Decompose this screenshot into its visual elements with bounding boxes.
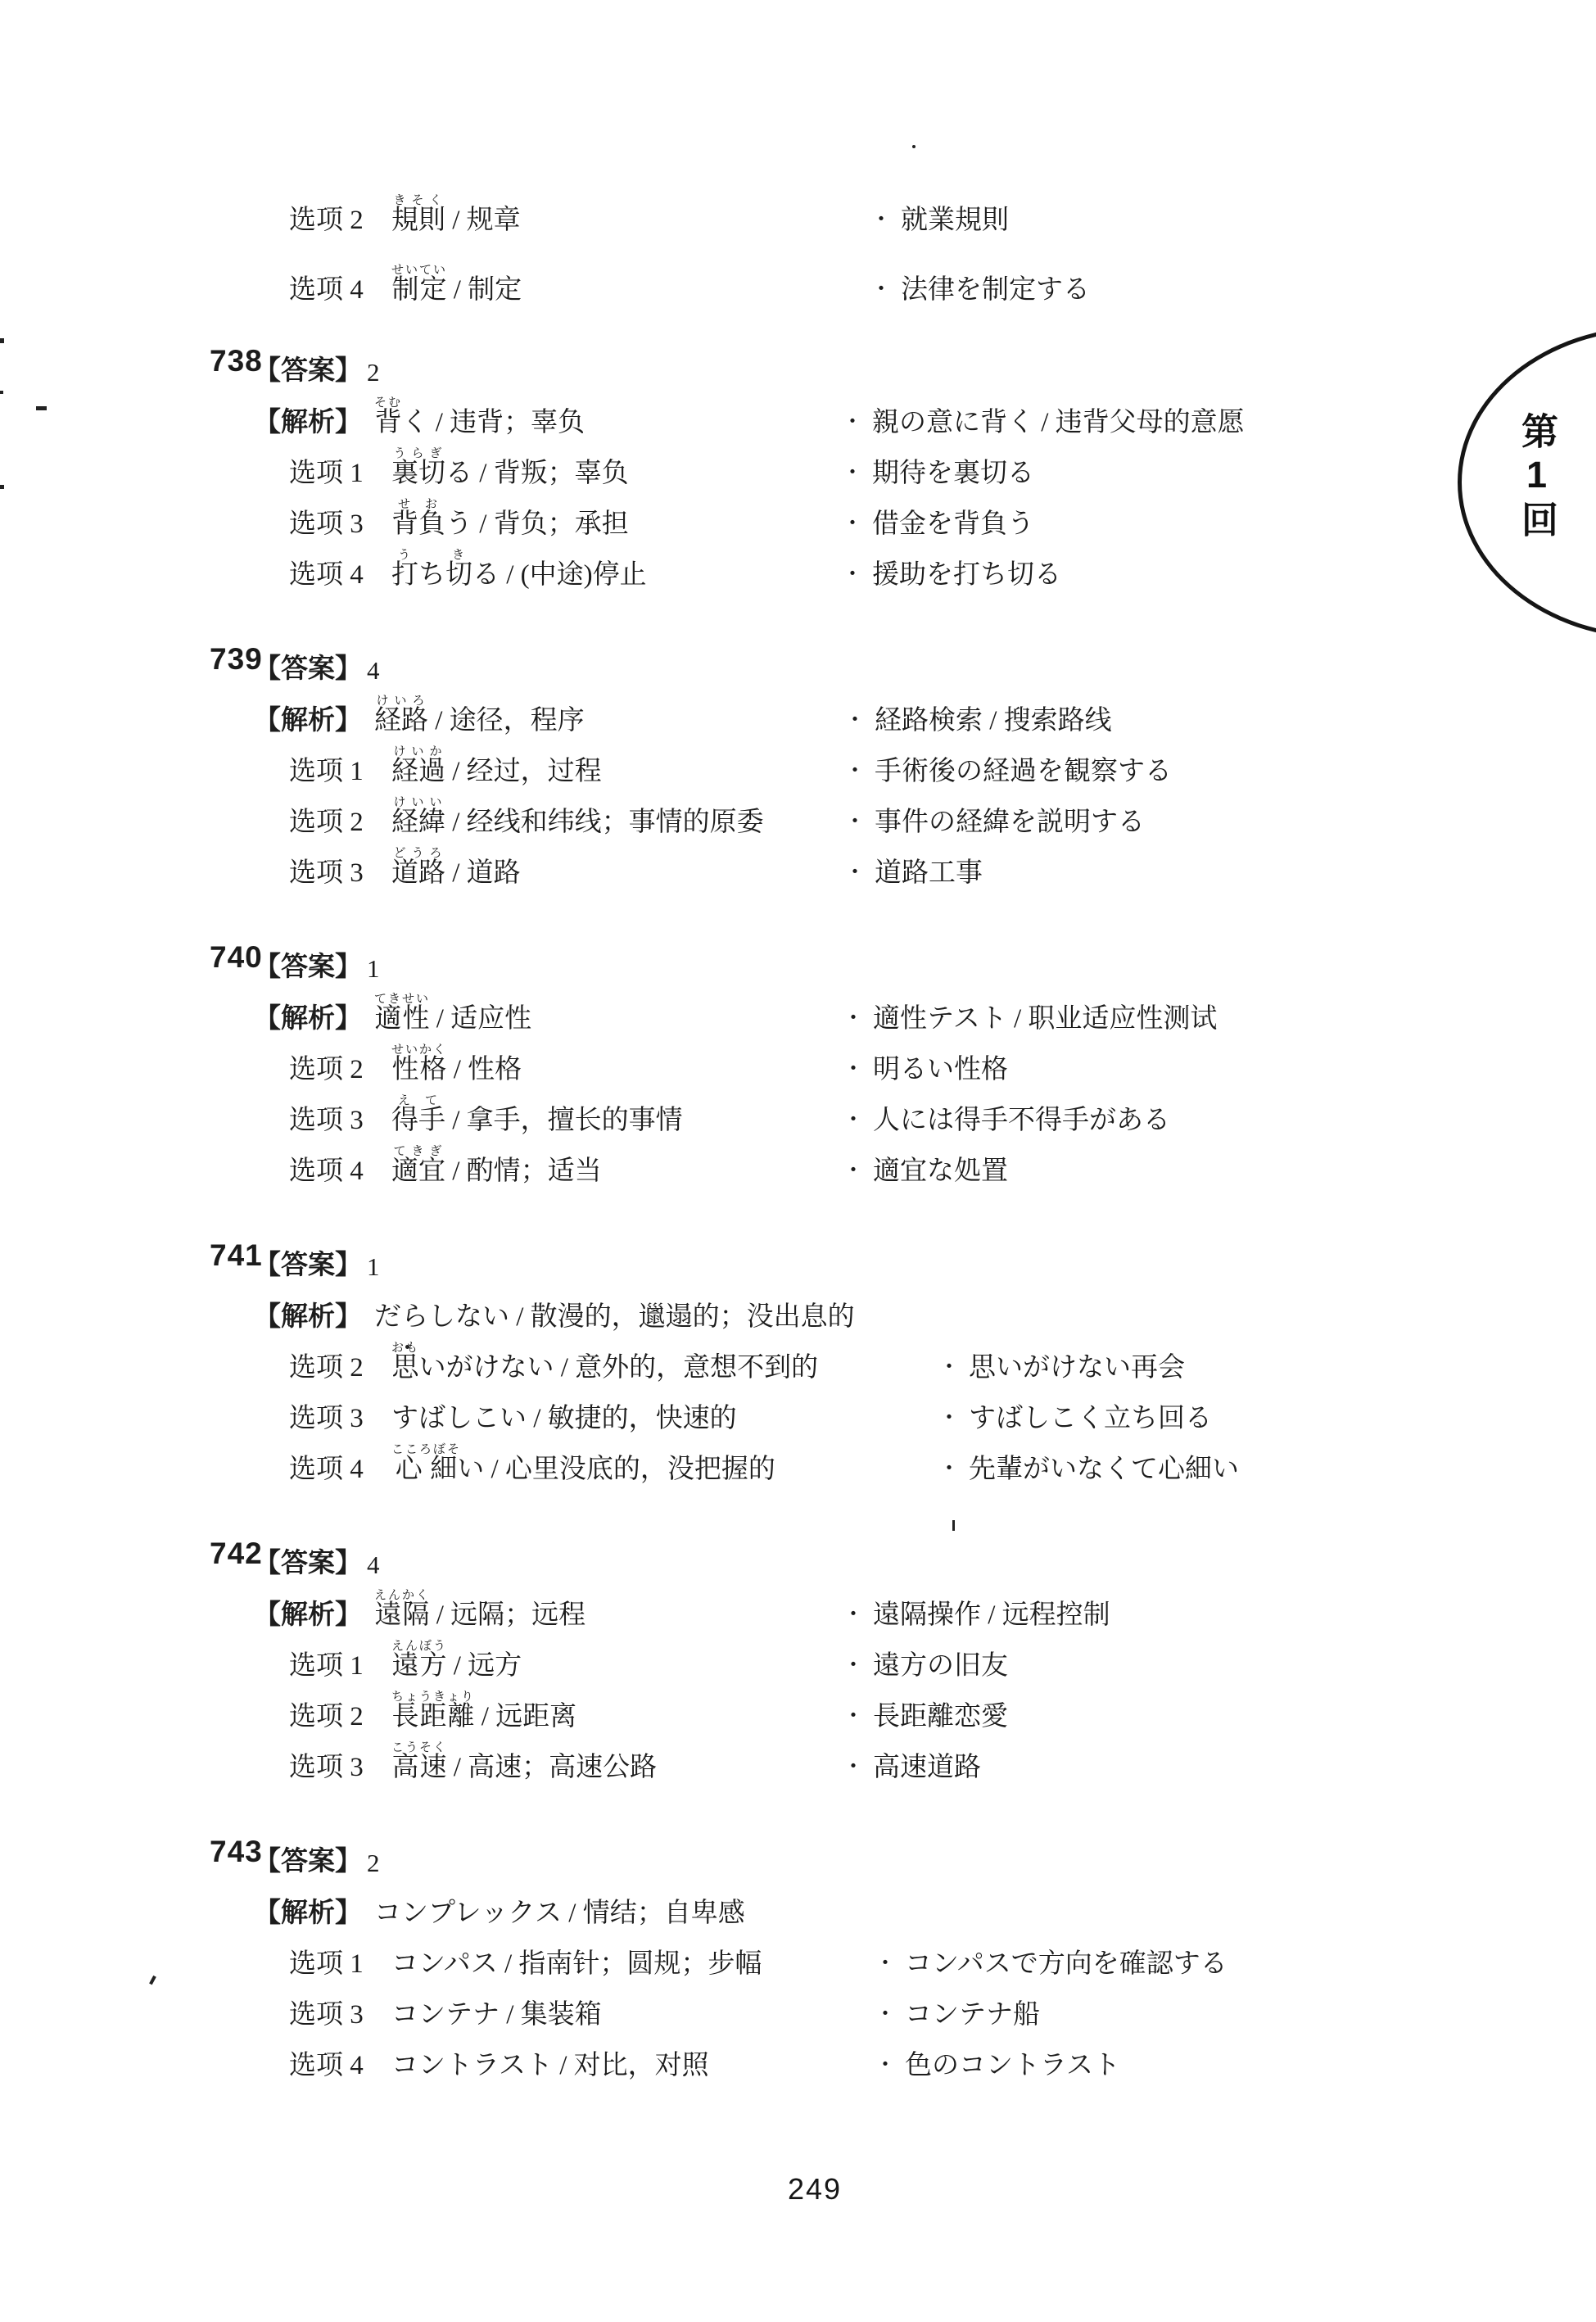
option-label: 选项 3 <box>289 510 391 540</box>
intro-section: 选项 2規則きそく / 规章・就業規則选项 4制定せいてい / 制定・法律を制定… <box>210 166 1596 306</box>
word-japanese: 経過けいか / 经过，过程 <box>391 745 602 787</box>
word-japanese: 裏切うらぎる / 背叛；辜负 <box>391 447 629 489</box>
option-label: 选项 3 <box>289 1107 391 1136</box>
example-bullet-icon: ・ <box>841 410 864 435</box>
example-bullet-icon: ・ <box>842 1654 865 1678</box>
word-meaning: / 对比，对照 <box>553 2051 709 2080</box>
example-sentence: ・道路工事 <box>843 859 983 889</box>
example-text: 長距離恋愛 <box>873 1702 1008 1731</box>
entry-row: 选项 3得手えて / 拿手，擅长的事情・人には得手不得手がある <box>210 1085 1596 1136</box>
furigana-reading: けいい <box>391 796 445 809</box>
word-meaning: / 拿手，擅长的事情 <box>445 1106 683 1135</box>
example-text: 就業規則 <box>901 206 1009 235</box>
option-label: 选项 1 <box>289 1950 391 1980</box>
word-japanese: コンテナ / 集装箱 <box>391 2001 602 2030</box>
entry-row: 选项 3道路どうろ / 道路・道路工事 <box>210 838 1596 889</box>
example-bullet-icon: ・ <box>842 1755 865 1780</box>
scan-artifact <box>912 145 916 148</box>
example-bullet-icon: ・ <box>842 1108 865 1133</box>
example-bullet-icon: ・ <box>874 2053 897 2078</box>
word-japanese: コントラスト / 对比，对照 <box>391 2052 709 2081</box>
option-label: 选项 2 <box>289 1703 391 1732</box>
example-sentence: ・コンパスで方向を確認する <box>874 1950 1228 1980</box>
example-text: 経路検索 / 搜索路线 <box>875 706 1112 736</box>
entry-row: 选项 4コントラスト / 对比，对照・色のコントラスト <box>210 2030 1596 2081</box>
example-text: 思いがけない再会 <box>969 1353 1185 1383</box>
furigana-reading: こころぼそ <box>391 1443 461 1456</box>
answer-value: 2 <box>367 1849 380 1878</box>
ruby-word-segment: 裏切うらぎ <box>391 459 445 488</box>
answer-header: 740【答案】1 <box>210 933 1596 984</box>
example-sentence: ・色のコントラスト <box>874 2052 1120 2081</box>
example-sentence: ・明るい性格 <box>842 1056 1008 1085</box>
entry-row: 【解析】適性てきせい / 适应性・適性テスト / 职业适应性测试 <box>210 984 1596 1034</box>
example-bullet-icon: ・ <box>870 278 893 302</box>
furigana-reading: うらぎ <box>391 447 445 460</box>
entry-row: 【解析】コンプレックス / 情结；自卑感 <box>210 1878 1596 1929</box>
word-meaning: / 指南针；圆规；步幅 <box>498 1949 762 1979</box>
ruby-word-segment: 経路けいろ <box>374 706 428 736</box>
word-japanese: 道路どうろ / 道路 <box>391 847 521 889</box>
example-bullet-icon: ・ <box>841 563 864 587</box>
scan-artifact <box>142 1972 156 1985</box>
entry-row: 选项 1コンパス / 指南针；圆规；步幅・コンパスで方向を確認する <box>210 1929 1596 1980</box>
example-bullet-icon: ・ <box>841 461 864 486</box>
ruby-word-segment: 背負せお <box>391 509 445 539</box>
answer-value: 4 <box>367 656 380 686</box>
answer-block: 738【答案】2【解析】背そむく / 违背；辜负・親の意に背く / 违背父母的意… <box>210 337 1596 591</box>
entry-row: 选项 4打うち切きる / (中途)停止・援助を打ち切る <box>210 540 1596 591</box>
example-bullet-icon: ・ <box>870 208 893 233</box>
example-text: 明るい性格 <box>873 1055 1008 1084</box>
scan-artifact <box>36 406 47 410</box>
entry-row: 选项 3すばしこい / 敏捷的，快速的・すばしこく立ち回る <box>210 1383 1596 1434</box>
word-meaning: / 高速；高速公路 <box>447 1753 658 1782</box>
word-japanese: 規則きそく / 规章 <box>391 194 521 236</box>
answer-label: 【答案】 <box>254 1840 362 1878</box>
analysis-label: 【解析】 <box>254 1899 374 1929</box>
example-text: 色のコントラスト <box>905 2051 1120 2080</box>
word-meaning: / 远隔；远程 <box>430 1600 586 1630</box>
example-bullet-icon: ・ <box>842 1159 865 1184</box>
option-label: 选项 2 <box>289 1056 391 1085</box>
word-meaning: / 制定 <box>447 275 522 305</box>
example-bullet-icon: ・ <box>842 1057 865 1082</box>
example-sentence: ・援助を打ち切る <box>841 561 1061 591</box>
example-bullet-icon: ・ <box>842 1007 865 1031</box>
example-sentence: ・借金を背負う <box>841 510 1034 540</box>
option-label: 选项 3 <box>289 2001 391 2030</box>
word-japanese: 長距離ちょうきょり / 远距离 <box>391 1691 576 1732</box>
word-meaning: / 集装箱 <box>500 2000 602 2030</box>
example-bullet-icon: ・ <box>842 1603 865 1627</box>
ruby-word-segment: 遠隔えんかく <box>374 1600 430 1630</box>
example-bullet-icon: ・ <box>843 810 866 835</box>
answer-header: 743【答案】2 <box>210 1827 1596 1878</box>
entry-row: 选项 4制定せいてい / 制定・法律を制定する <box>210 236 1596 306</box>
answer-label: 【答案】 <box>254 647 362 686</box>
example-text: 手術後の経過を観察する <box>875 757 1172 786</box>
word-meaning: / 心里没底的，没把握的 <box>484 1455 775 1484</box>
entry-row: 选项 4心細こころぼそい / 心里没底的，没把握的・先輩がいなくて心細い <box>210 1434 1596 1485</box>
example-text: 借金を背負う <box>872 509 1034 539</box>
example-bullet-icon: ・ <box>843 708 866 733</box>
example-sentence: ・すばしこく立ち回る <box>938 1405 1212 1434</box>
word-japanese: だらしない / 散漫的，邋遢的；没出息的 <box>374 1303 855 1333</box>
answer-header: 738【答案】2 <box>210 337 1596 387</box>
option-label: 选项 3 <box>289 859 391 889</box>
word-meaning: / 意外的，意想不到的 <box>554 1353 819 1383</box>
question-number: 739 <box>210 642 263 677</box>
analysis-label: 【解析】 <box>254 409 374 438</box>
entry-row: 选项 2思おもいがけない / 意外的，意想不到的・思いがけない再会 <box>210 1333 1596 1383</box>
word-meaning: / (中途)停止 <box>500 560 647 590</box>
furigana-reading: けいか <box>391 745 445 758</box>
answer-value: 1 <box>367 954 380 984</box>
example-bullet-icon: ・ <box>938 1406 961 1431</box>
answer-header: 741【答案】1 <box>210 1231 1596 1282</box>
furigana-reading: せいてい <box>391 264 447 277</box>
word-meaning: / 经过，过程 <box>445 757 602 786</box>
scan-artifact <box>0 391 3 394</box>
option-label: 选项 2 <box>289 808 391 838</box>
ruby-word-segment: 性格せいかく <box>391 1055 447 1084</box>
example-text: 遠隔操作 / 远程控制 <box>873 1600 1110 1630</box>
example-text: 期待を裏切る <box>872 459 1034 488</box>
book-page: 选项 2規則きそく / 规章・就業規則选项 4制定せいてい / 制定・法律を制定… <box>0 0 1596 2322</box>
answer-value: 4 <box>367 1550 380 1580</box>
furigana-reading: ちょうきょり <box>391 1691 475 1704</box>
example-text: 道路工事 <box>875 858 983 888</box>
example-sentence: ・遠隔操作 / 远程控制 <box>842 1601 1110 1631</box>
word-japanese: 経緯けいい / 经线和纬线；事情的原委 <box>391 796 764 838</box>
example-bullet-icon: ・ <box>938 1457 961 1482</box>
ruby-word-segment: 経緯けいい <box>391 808 445 837</box>
example-bullet-icon: ・ <box>874 2003 897 2027</box>
content: 选项 2規則きそく / 规章・就業規則选项 4制定せいてい / 制定・法律を制定… <box>210 166 1596 2081</box>
answer-label: 【答案】 <box>254 1243 362 1282</box>
answer-label: 【答案】 <box>254 945 362 984</box>
example-text: 高速道路 <box>873 1753 981 1782</box>
option-label: 选项 1 <box>289 758 391 787</box>
answer-block: 741【答案】1【解析】だらしない / 散漫的，邋遢的；没出息的选项 2思おもい… <box>210 1231 1596 1485</box>
word-meaning: / 途径，程序 <box>428 706 585 736</box>
example-text: 先輩がいなくて心細い <box>969 1455 1239 1484</box>
example-bullet-icon: ・ <box>842 1704 865 1729</box>
example-text: すばしこく立ち回る <box>969 1404 1212 1433</box>
option-label: 选项 1 <box>289 1652 391 1682</box>
example-text: 適性テスト / 职业适应性测试 <box>873 1004 1217 1034</box>
ruby-word-segment: 打う <box>391 560 418 590</box>
entry-row: 选项 2性格せいかく / 性格・明るい性格 <box>210 1034 1596 1085</box>
word-japanese: 背負せおう / 背负；承担 <box>391 498 629 540</box>
example-sentence: ・親の意に背く / 违背父母的意愿 <box>841 409 1245 438</box>
furigana-reading: こうそく <box>391 1741 447 1754</box>
word-meaning: / 道路 <box>445 858 521 888</box>
option-label: 选项 1 <box>289 459 391 489</box>
furigana-reading: せお <box>391 498 445 511</box>
answer-value: 2 <box>367 358 380 387</box>
answer-label: 【答案】 <box>254 349 362 387</box>
example-sentence: ・思いがけない再会 <box>938 1354 1185 1383</box>
example-sentence: ・手術後の経過を観察する <box>843 758 1172 787</box>
furigana-reading: てきせい <box>374 993 430 1006</box>
chapter-tab: 第1回 <box>1510 412 1563 542</box>
example-bullet-icon: ・ <box>938 1356 961 1380</box>
word-japanese: 高速こうそく / 高速；高速公路 <box>391 1741 657 1783</box>
word-meaning: / 性格 <box>447 1055 522 1084</box>
option-label: 选项 4 <box>289 2052 391 2081</box>
example-bullet-icon: ・ <box>843 861 866 885</box>
option-label: 选项 4 <box>289 561 391 591</box>
question-number: 738 <box>210 344 263 378</box>
ruby-word-segment: 背そむ <box>374 408 402 437</box>
ruby-word-segment: 経過けいか <box>391 757 445 786</box>
word-japanese: 得手えて / 拿手，擅长的事情 <box>391 1094 683 1136</box>
question-number: 742 <box>210 1537 263 1571</box>
example-sentence: ・コンテナ船 <box>874 2001 1040 2030</box>
example-sentence: ・長距離恋愛 <box>842 1703 1008 1732</box>
example-sentence: ・就業規則 <box>870 206 1009 236</box>
analysis-label: 【解析】 <box>254 1005 374 1034</box>
ruby-word-segment: 心細こころぼそ <box>391 1455 457 1484</box>
ruby-word-segment: 道路どうろ <box>391 858 445 888</box>
entry-row: 【解析】遠隔えんかく / 远隔；远程・遠隔操作 / 远程控制 <box>210 1580 1596 1631</box>
entry-row: 选项 3高速こうそく / 高速；高速公路・高速道路 <box>210 1732 1596 1783</box>
word-meaning: / 酌情；适当 <box>445 1156 602 1186</box>
scan-artifact <box>952 1520 955 1531</box>
answer-header: 739【答案】4 <box>210 635 1596 686</box>
entry-row: 选项 2規則きそく / 规章・就業規則 <box>210 166 1596 236</box>
page-number: 249 <box>788 2172 842 2207</box>
word-japanese: 適宜てきぎ / 酌情；适当 <box>391 1145 602 1187</box>
ruby-word-segment: 高速こうそく <box>391 1753 447 1782</box>
furigana-reading: えんぼう <box>391 1640 447 1653</box>
entry-row: 选项 3背負せおう / 背负；承担・借金を背負う <box>210 489 1596 540</box>
ruby-word-segment: 得手えて <box>391 1106 445 1135</box>
furigana-reading: どうろ <box>391 847 445 860</box>
option-label: 选项 4 <box>289 1455 391 1485</box>
word-japanese: 性格せいかく / 性格 <box>391 1043 522 1085</box>
word-japanese: 遠方えんぼう / 远方 <box>391 1640 522 1682</box>
word-japanese: 経路けいろ / 途径，程序 <box>374 695 585 736</box>
question-number: 743 <box>210 1835 263 1869</box>
example-text: 人には得手不得手がある <box>873 1106 1170 1135</box>
example-text: コンパスで方向を確認する <box>905 1949 1228 1979</box>
ruby-word-segment: 遠方えんぼう <box>391 1651 447 1681</box>
ruby-word-segment: 制定せいてい <box>391 275 447 305</box>
example-text: 法律を制定する <box>901 275 1090 305</box>
answer-block: 740【答案】1【解析】適性てきせい / 适应性・適性テスト / 职业适应性测试… <box>210 933 1596 1187</box>
analysis-label: 【解析】 <box>254 1303 374 1333</box>
word-japanese: すばしこい / 敏捷的，快速的 <box>391 1405 737 1434</box>
example-bullet-icon: ・ <box>843 759 866 784</box>
example-text: 事件の経緯を説明する <box>875 808 1145 837</box>
entry-row: 选项 3コンテナ / 集装箱・コンテナ船 <box>210 1980 1596 2030</box>
entry-row: 【解析】だらしない / 散漫的，邋遢的；没出息的 <box>210 1282 1596 1333</box>
furigana-reading: き <box>445 549 472 562</box>
word-japanese: 適性てきせい / 适应性 <box>374 993 531 1034</box>
example-sentence: ・人には得手不得手がある <box>842 1107 1170 1136</box>
word-meaning: / 远方 <box>447 1651 522 1681</box>
ruby-word-segment: 規則きそく <box>391 206 445 235</box>
furigana-reading: えて <box>391 1094 445 1107</box>
option-label: 选项 2 <box>289 206 391 236</box>
word-japanese: 心細こころぼそい / 心里没底的，没把握的 <box>391 1443 775 1485</box>
word-meaning: / 适应性 <box>430 1004 532 1034</box>
word-meaning: / 散漫的，邋遢的；没出息的 <box>509 1302 855 1332</box>
word-meaning: / 情结；自卑感 <box>562 1899 745 1928</box>
scan-artifact <box>0 338 4 343</box>
word-meaning: / 经线和纬线；事情的原委 <box>445 808 764 837</box>
question-number: 740 <box>210 940 263 975</box>
example-sentence: ・法律を制定する <box>870 276 1090 306</box>
furigana-reading: けいろ <box>374 695 428 708</box>
word-meaning: / 远距离 <box>475 1702 577 1731</box>
furigana-reading: きそく <box>391 194 445 207</box>
entry-row: 【解析】背そむく / 违背；辜负・親の意に背く / 违背父母的意愿 <box>210 387 1596 438</box>
furigana-reading: う <box>391 549 418 562</box>
word-japanese: 打うち切きる / (中途)停止 <box>391 549 647 591</box>
word-meaning: / 违背；辜负 <box>429 408 586 437</box>
example-text: 遠方の旧友 <box>873 1651 1008 1681</box>
example-sentence: ・先輩がいなくて心細い <box>938 1455 1239 1485</box>
entry-row: 选项 1経過けいか / 经过，过程・手術後の経過を観察する <box>210 736 1596 787</box>
entry-row: 选项 2経緯けいい / 经线和纬线；事情的原委・事件の経緯を説明する <box>210 787 1596 838</box>
entry-row: 选项 1裏切うらぎる / 背叛；辜负・期待を裏切る <box>210 438 1596 489</box>
answer-block: 742【答案】4【解析】遠隔えんかく / 远隔；远程・遠隔操作 / 远程控制选项… <box>210 1529 1596 1783</box>
word-meaning: / 背叛；辜负 <box>472 459 629 488</box>
answer-block: 743【答案】2【解析】コンプレックス / 情结；自卑感选项 1コンパス / 指… <box>210 1827 1596 2081</box>
ruby-word-segment: 切き <box>445 560 472 590</box>
scan-artifact <box>0 485 4 489</box>
example-sentence: ・期待を裏切る <box>841 459 1034 489</box>
word-japanese: コンパス / 指南针；圆规；步幅 <box>391 1950 762 1980</box>
option-label: 选项 4 <box>289 1157 391 1187</box>
example-bullet-icon: ・ <box>874 1952 897 1976</box>
ruby-word-segment: 適宜てきぎ <box>391 1156 445 1186</box>
ruby-word-segment: 思おも <box>391 1353 419 1383</box>
entry-row: 选项 1遠方えんぼう / 远方・遠方の旧友 <box>210 1631 1596 1682</box>
word-japanese: 制定せいてい / 制定 <box>391 264 522 306</box>
word-meaning: / 敏捷的，快速的 <box>527 1404 737 1433</box>
option-label: 选项 3 <box>289 1754 391 1783</box>
furigana-reading: そむ <box>374 396 402 410</box>
answer-value: 1 <box>367 1252 380 1282</box>
example-sentence: ・高速道路 <box>842 1754 981 1783</box>
answer-label: 【答案】 <box>254 1541 362 1580</box>
entry-row: 选项 4適宜てきぎ / 酌情；适当・適宜な処置 <box>210 1136 1596 1187</box>
word-meaning: / 规章 <box>445 206 521 235</box>
answer-header: 742【答案】4 <box>210 1529 1596 1580</box>
word-meaning: / 背负；承担 <box>472 509 629 539</box>
word-japanese: 思おもいがけない / 意外的，意想不到的 <box>391 1342 818 1383</box>
question-number: 741 <box>210 1238 263 1273</box>
ruby-word-segment: 適性てきせい <box>374 1004 430 1034</box>
option-label: 选项 2 <box>289 1354 391 1383</box>
example-sentence: ・事件の経緯を説明する <box>843 808 1145 838</box>
entry-row: 【解析】経路けいろ / 途径，程序・経路検索 / 搜索路线 <box>210 686 1596 736</box>
option-label: 选项 4 <box>289 276 391 306</box>
word-japanese: 遠隔えんかく / 远隔；远程 <box>374 1589 586 1631</box>
example-text: 適宜な処置 <box>873 1156 1008 1186</box>
example-sentence: ・適宜な処置 <box>842 1157 1008 1187</box>
answer-blocks: 738【答案】2【解析】背そむく / 违背；辜负・親の意に背く / 违背父母的意… <box>210 337 1596 2081</box>
entry-row: 选项 2長距離ちょうきょり / 远距离・長距離恋愛 <box>210 1682 1596 1732</box>
furigana-reading: せいかく <box>391 1043 447 1057</box>
furigana-reading: てきぎ <box>391 1145 445 1158</box>
example-text: 援助を打ち切る <box>872 560 1061 590</box>
example-sentence: ・経路検索 / 搜索路线 <box>843 707 1112 736</box>
answer-block: 739【答案】4【解析】経路けいろ / 途径，程序・経路検索 / 搜索路线选项 … <box>210 635 1596 889</box>
analysis-label: 【解析】 <box>254 707 374 736</box>
example-bullet-icon: ・ <box>841 512 864 536</box>
example-sentence: ・遠方の旧友 <box>842 1652 1008 1682</box>
example-text: コンテナ船 <box>905 2000 1040 2030</box>
word-japanese: 背そむく / 违背；辜负 <box>374 396 585 438</box>
ruby-word-segment: 長距離ちょうきょり <box>391 1702 475 1731</box>
example-text: 親の意に背く / 违背父母的意愿 <box>872 408 1245 437</box>
scan-artifact <box>405 1345 409 1349</box>
option-label: 选项 3 <box>289 1405 391 1434</box>
example-sentence: ・適性テスト / 职业适应性测试 <box>842 1005 1217 1034</box>
furigana-reading: えんかく <box>374 1589 430 1602</box>
analysis-label: 【解析】 <box>254 1601 374 1631</box>
word-japanese: コンプレックス / 情结；自卑感 <box>374 1899 745 1929</box>
